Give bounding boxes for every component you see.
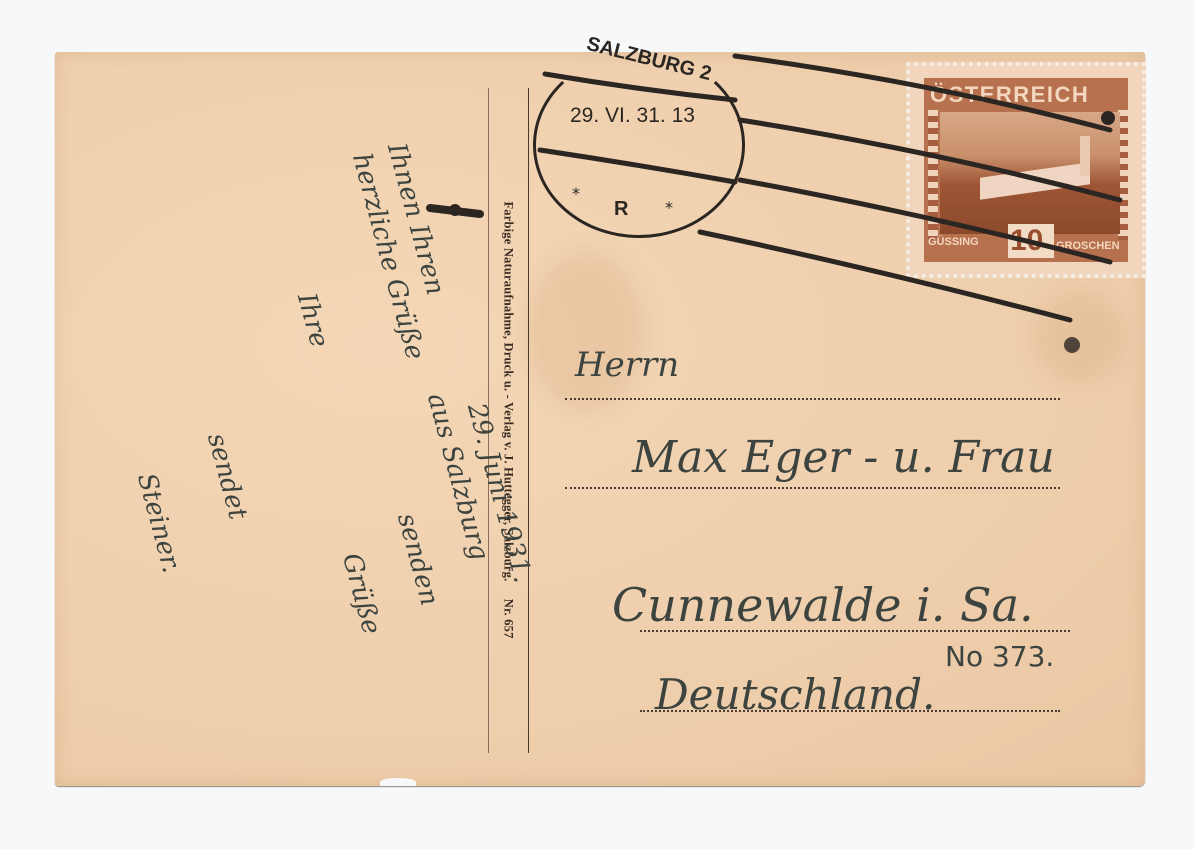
address-line-1 [565, 398, 1060, 400]
address-city: Cunnewalde i. Sa. [612, 578, 1034, 632]
address-country: Deutschland. [655, 670, 935, 719]
message-line: sendet [201, 430, 253, 523]
message-line: senden [391, 510, 444, 609]
card-edge-tear [380, 778, 416, 786]
address-house-number: No 373. [945, 640, 1054, 673]
message-line: Ihre [291, 290, 334, 351]
address-name: Max Eger - u. Frau [632, 432, 1055, 483]
message-signature: Steiner. [131, 470, 186, 576]
handwritten-message: 29. Juni 1931. Ihnen Ihren aus Salzburg … [120, 130, 520, 770]
address-line-2 [565, 487, 1060, 489]
message-line: Grüße [336, 550, 386, 638]
address-salutation: Herrn [575, 345, 679, 385]
